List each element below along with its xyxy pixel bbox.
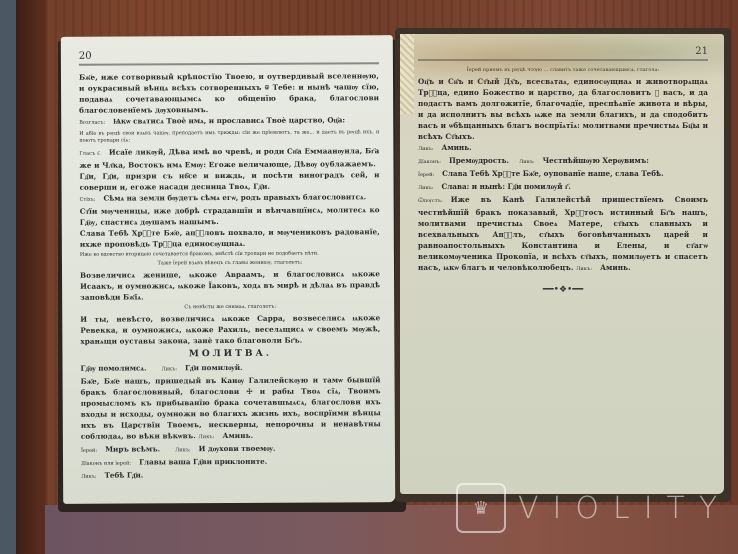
label: Дїаконъ: — [418, 159, 441, 165]
label: Стїхъ: — [80, 197, 96, 203]
paragraph-text: Исаїе ликѹй, Дѣва имѣ во чревѣ, и роди С… — [79, 146, 379, 170]
wisdom-line: Дїаконъ:Премѹдрость. Ликъ:Честнѣйшѹю Хер… — [418, 155, 708, 168]
section-heading: МОЛИТВА. — [80, 348, 380, 360]
deacon-text: Премѹдрость. — [449, 156, 509, 165]
watermark-text: VIOLITY — [518, 491, 731, 526]
label: Ликъ: — [175, 447, 191, 453]
dismissal-text: Иже въ Канѣ Галилейстѣй пришествїемъ Сво… — [418, 195, 708, 272]
choir-text: Аминь. — [600, 263, 631, 272]
verse-text: Сѣмѧ на земли бѹдетъ сѣмѧ егѡ, родъ прав… — [103, 192, 366, 202]
choir-text: Слава: и нынѣ: Гд҃и помилѹй г҃. — [442, 182, 571, 191]
deacon-text: Главы ваша Гд҃ви приклоните. — [139, 457, 267, 467]
glory-line: Їерей:Слава Тебѣ Хрⷭ҇те Бж҃е, оупованїе … — [418, 168, 708, 181]
label: Дїаконъ или їерей: — [81, 461, 131, 467]
rubric: Таже їерей взѧвъ вѣнецъ съ главы женихѹ,… — [80, 259, 380, 268]
page-number: 21 — [418, 46, 708, 57]
label: Ликъ: — [418, 185, 434, 191]
paragraph: Гд҃и, Гд҃и, призри съ нб҃се и виждь, и п… — [79, 169, 379, 193]
label: Ликъ: — [198, 434, 214, 440]
page-number: 20 — [79, 49, 379, 62]
label: Возгласъ: — [79, 120, 105, 126]
ornament-divider: ━━•❖•━━ — [418, 285, 708, 295]
dismissal: Ѿпѹстъ:Иже въ Канѣ Галилейстѣй пришествї… — [418, 194, 708, 275]
choir-text: Гд҃и помилѹй. — [185, 363, 243, 372]
rubric: Съ невѣсты же снимаѧ, глаголетъ: — [80, 303, 380, 312]
choir-text: И дѹхови твоемѹ. — [199, 444, 276, 453]
label: Ликъ: — [576, 266, 592, 272]
paragraph: Возвеличисѧ женише, ѩкоже Авраамъ, и бла… — [80, 268, 380, 303]
choir-text: Честнѣйшѹю Херѹвимъ: — [543, 156, 649, 165]
label: Ликъ: — [418, 146, 434, 152]
response-line: Ликъ:Тебѣ Гд҃и. — [81, 468, 381, 483]
right-page: 21 Їерей приемъ въ рѹцѣ чтѹю ... славитъ… — [400, 34, 724, 494]
rubric: Иже во вдовство вторицею сочетавается бр… — [80, 250, 380, 259]
paragraph: Ст҃їи мѹченицы, иже добрѣ страдавшїи и в… — [80, 204, 380, 228]
dark-wood-frame — [16, 0, 46, 554]
label: Їерей: — [418, 172, 434, 178]
label: Гласъ ѕ҃. — [79, 151, 101, 157]
exclamation-line: Возгласъ:Ѩкѡ свѧтисѧ Твоѐ имѧ, и прослав… — [79, 114, 379, 129]
paragraph: И ты, невѣсто, возвеличисѧ ѩкоже Сарра, … — [80, 312, 380, 347]
left-page: 20 Бж҃е, иже сотворивый крѣпостїю Твоею,… — [61, 35, 395, 504]
crown-logo-icon: ♛ — [456, 483, 506, 533]
header-rule — [418, 59, 708, 61]
violity-watermark: ♛ VIOLITY — [456, 483, 731, 533]
blessing: Оц҃ъ и Сн҃ъ и Ст҃ый Дх҃ъ, всесвѧтаѧ, еди… — [418, 76, 708, 142]
label: Ликъ: — [161, 366, 177, 372]
choir-text: Аминь. — [442, 143, 472, 152]
priest-text: Слава Тебѣ Хрⷭ҇те Бж҃е, оупованїе наше, … — [442, 169, 663, 178]
paragraph: Бж҃е, иже сотворивый крѣпостїю Твоею, и … — [79, 70, 379, 116]
priest-text: Миръ всѣмъ. — [105, 444, 160, 453]
rubric: Їерей приемъ въ рѹцѣ чтѹю ... славитъ та… — [418, 67, 708, 74]
marbled-endpaper-edge — [400, 34, 414, 114]
rubric: И абїе въ рѹцѣ свои взѧвъ чашѹ, преподае… — [79, 129, 379, 145]
choir-text: Тебѣ Гд҃и. — [105, 470, 144, 479]
response-line: Ликъ:Слава: и нынѣ: Гд҃и помилѹй г҃. — [418, 181, 708, 194]
label: Ликъ: — [81, 474, 97, 480]
header-rule — [79, 62, 379, 66]
deacon-text: Гд҃ѹ помолимсѧ. — [80, 363, 146, 372]
label: Ликъ: — [519, 159, 535, 165]
tone-paragraph: Гласъ ѕ҃.Исаїе ликѹй, Дѣва имѣ во чревѣ,… — [79, 145, 379, 171]
paragraph: Слава Тебѣ Хрⷭ҇те Бж҃е, апⷭ҇ловъ похвало… — [80, 226, 380, 250]
response-line: Ликъ:Аминь. — [418, 142, 708, 155]
label: Ѿпѹстъ: — [418, 198, 443, 204]
prayer: Бж҃е, Бж҃е нашъ, пришедый въ Канѹ Галиле… — [81, 374, 381, 444]
label: Їерей: — [81, 448, 97, 454]
blue-cloth-edge — [0, 0, 16, 554]
choir-text: Аминь. — [222, 431, 253, 440]
exclamation-text: Ѩкѡ свѧтисѧ Твоѐ имѧ, и прослависѧ Твоѐ … — [113, 115, 345, 125]
